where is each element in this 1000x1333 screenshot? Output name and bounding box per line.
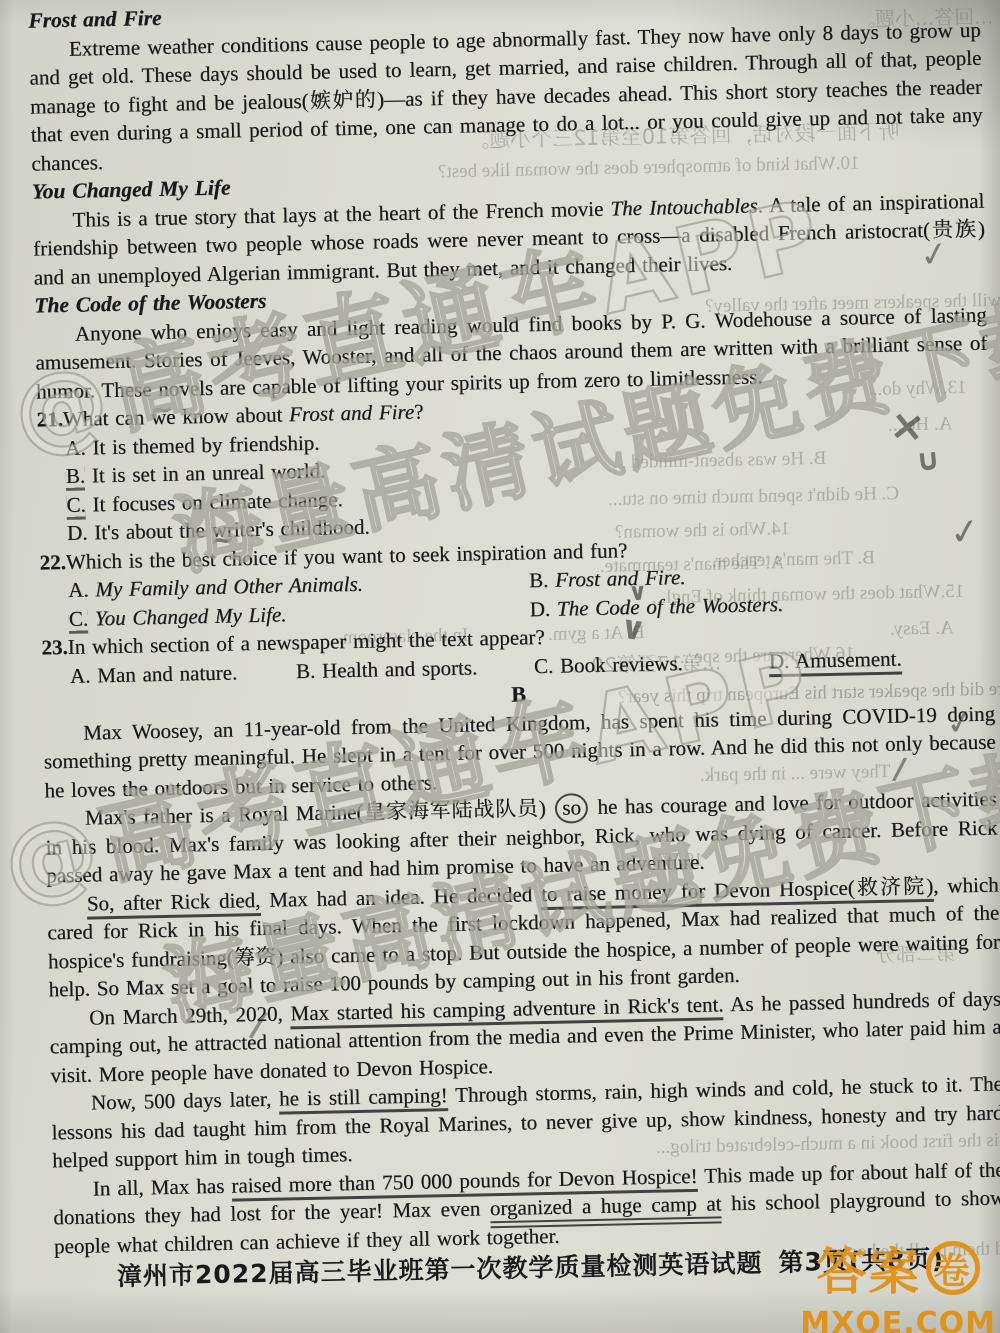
pen-mark: ∨ [627, 579, 648, 604]
pen-marks-layer: ✓×∪✓∨∨✓//~~ [0, 0, 1000, 1333]
logo-text-prefix: 答案 [817, 1232, 921, 1304]
pen-mark: ~ [209, 525, 237, 557]
pen-mark: ∪ [914, 445, 941, 477]
pen-mark: ✓ [917, 236, 951, 274]
pen-mark: ∨ [618, 610, 648, 645]
pen-mark: / [891, 754, 907, 785]
scanned-exam-page: ...回答...小题。听下面一段对话，回答第10至第12三个小题。10.What… [0, 0, 1000, 1333]
pen-mark: ✓ [943, 704, 977, 742]
pen-mark: ~ [149, 395, 175, 425]
logo-text: 答案卷 [800, 1232, 996, 1304]
pen-mark: × [888, 403, 927, 448]
answer-circle-logo: 答案卷 MXQE.COM [800, 1232, 996, 1333]
logo-circled-character: 卷 [926, 1241, 980, 1295]
logo-domain: MXQE.COM [800, 1306, 996, 1333]
pen-mark: ✓ [948, 513, 983, 553]
pen-mark: / [248, 1007, 268, 1043]
